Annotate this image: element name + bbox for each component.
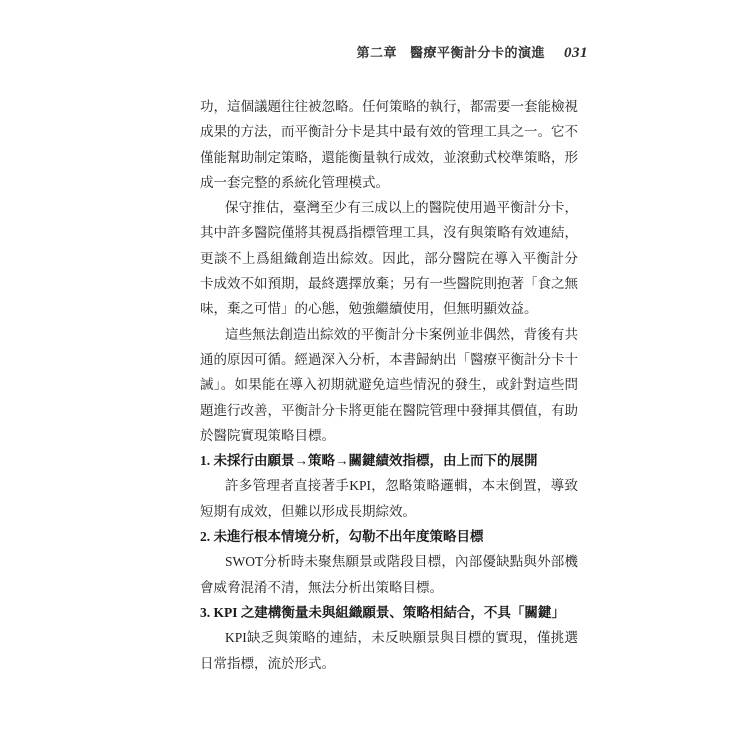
text-line: 卡成效不如預期，最終選擇放棄；另有一些醫院則抱著「食之無 bbox=[200, 271, 578, 296]
body-text: 功，這個議題往往被忽略。任何策略的執行，都需要一套能檢視成果的方法，而平衡計分卡… bbox=[200, 94, 578, 676]
text-line: 日常指標，流於形式。 bbox=[200, 651, 578, 676]
text-line: 味，棄之可惜」的心態，勉強繼續使用，但無明顯效益。 bbox=[200, 296, 578, 321]
text-line: 通的原因可循。經過深入分析，本書歸納出「醫療平衡計分卡十 bbox=[200, 347, 578, 372]
text-line: 功，這個議題往往被忽略。任何策略的執行，都需要一套能檢視 bbox=[200, 94, 578, 119]
text-line: 其中許多醫院僅將其視爲指標管理工具，沒有與策略有效連結， bbox=[200, 220, 578, 245]
text-line: 保守推估，臺灣至少有三成以上的醫院使用過平衡計分卡， bbox=[200, 195, 578, 220]
text-line: 於醫院實現策略目標。 bbox=[200, 423, 578, 448]
text-line: 成一套完整的系統化管理模式。 bbox=[200, 170, 578, 195]
text-line: 會威脅混淆不清，無法分析出策略目標。 bbox=[200, 575, 578, 600]
heading-line: 1. 未採行由願景→策略→關鍵績效指標，由上而下的展開 bbox=[200, 448, 578, 473]
book-page: 第二章醫療平衡計分卡的演進031 功，這個議題往往被忽略。任何策略的執行，都需要… bbox=[0, 0, 750, 750]
running-header: 第二章醫療平衡計分卡的演進031 bbox=[356, 42, 588, 62]
text-line: 這些無法創造出綜效的平衡計分卡案例並非偶然，背後有共 bbox=[200, 322, 578, 347]
text-line: 短期有成效，但難以形成長期綜效。 bbox=[200, 499, 578, 524]
chapter-title: 醫療平衡計分卡的演進 bbox=[410, 45, 545, 60]
heading-line: 2. 未進行根本情境分析，勾勒不出年度策略目標 bbox=[200, 524, 578, 549]
text-line: 許多管理者直接著手KPI，忽略策略邏輯，本末倒置，導致 bbox=[200, 473, 578, 498]
text-line: 僅能幫助制定策略，還能衡量執行成效，並滾動式校準策略，形 bbox=[200, 145, 578, 170]
text-line: 成果的方法，而平衡計分卡是其中最有效的管理工具之一。它不 bbox=[200, 119, 578, 144]
text-line: SWOT分析時未聚焦願景或階段目標，內部優缺點與外部機 bbox=[200, 549, 578, 574]
chapter-label: 第二章 bbox=[356, 45, 397, 60]
text-line: 題進行改善，平衡計分卡將更能在醫院管理中發揮其價值，有助 bbox=[200, 398, 578, 423]
text-line: 誡」。如果能在導入初期就避免這些情況的發生，或針對這些問 bbox=[200, 372, 578, 397]
page-number: 031 bbox=[564, 45, 588, 61]
text-line: KPI缺乏與策略的連結，未反映願景與目標的實現，僅挑選 bbox=[200, 625, 578, 650]
heading-line: 3. KPI 之建構衡量未與組織願景、策略相結合，不具「關鍵」 bbox=[200, 600, 578, 625]
text-line: 更談不上爲組織創造出綜效。因此，部分醫院在導入平衡計分 bbox=[200, 246, 578, 271]
